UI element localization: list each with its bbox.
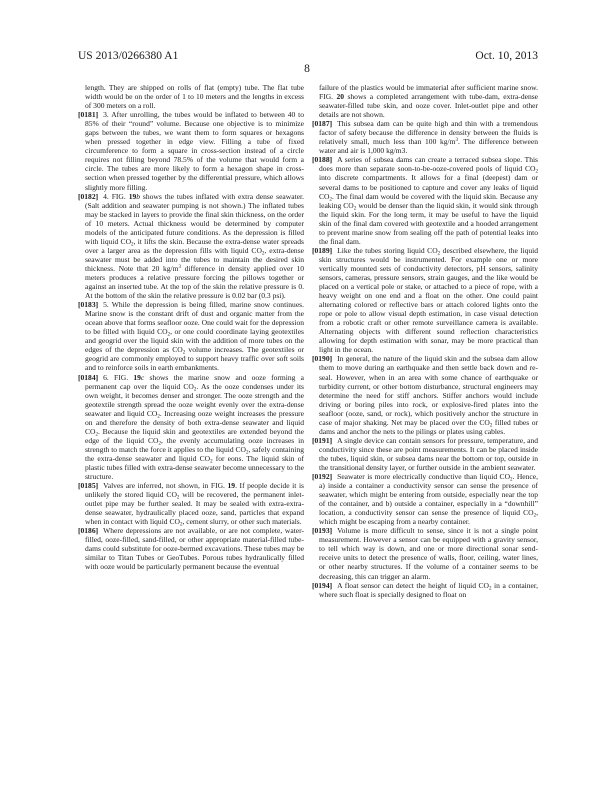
- paragraph-text: 5. While the depression is being filled,…: [85, 300, 304, 372]
- paragraph-0187: [0187]This subsea dam can be quite high …: [312, 119, 538, 155]
- page-number: 8: [0, 63, 614, 75]
- paragraph-0193: [0193]Volume is more difficult to sense,…: [312, 526, 538, 580]
- paragraph-0192: [0192]Seawater is more electrically cond…: [312, 472, 538, 526]
- paragraph-number: [0187]: [312, 119, 332, 128]
- paragraph-0181: [0181]3. After unrolling, the tubes woul…: [78, 110, 304, 191]
- right-column: failure of the plastics would be immater…: [312, 83, 538, 599]
- paragraph-0183: [0183]5. While the depression is being f…: [78, 300, 304, 372]
- paragraph-0186: [0186]Where depressions are not availabl…: [78, 526, 304, 571]
- paragraph-number: [0184]: [78, 373, 98, 382]
- publication-number: US 2013/0266380 A1: [78, 50, 178, 62]
- paragraph-number: [0192]: [312, 472, 332, 481]
- paragraph-text: This subsea dam can be quite high and th…: [319, 119, 538, 155]
- paragraph-number: [0189]: [312, 246, 332, 255]
- paragraph-text: length. They are shipped on rolls of fla…: [85, 83, 304, 110]
- paragraph-text: 3. After unrolling, the tubes would be i…: [85, 110, 304, 191]
- paragraph-text: A single device can contain sensors for …: [319, 436, 538, 472]
- paragraph-number: [0182]: [78, 192, 98, 201]
- paragraph-0188: [0188]A series of subsea dams can create…: [312, 155, 538, 245]
- paragraph-number: [0188]: [312, 155, 332, 164]
- paragraph-continuation: failure of the plastics would be immater…: [312, 83, 538, 119]
- paragraph-text: 6. FIG. 19c shows the marine snow and oo…: [85, 373, 304, 482]
- paragraph-number: [0191]: [312, 436, 332, 445]
- paragraph-0182: [0182]4. FIG. 19b shows the tubes inflat…: [78, 192, 304, 301]
- paragraph-number: [0183]: [78, 300, 98, 309]
- paragraph-0184: [0184]6. FIG. 19c shows the marine snow …: [78, 373, 304, 482]
- paragraph-number: [0181]: [78, 110, 98, 119]
- paragraph-0191: [0191]A single device can contain sensor…: [312, 436, 538, 472]
- paragraph-text: 4. FIG. 19b shows the tubes inflated wit…: [85, 192, 304, 301]
- paragraph-number: [0186]: [78, 526, 98, 535]
- paragraph-0190: [0190]In general, the nature of the liqu…: [312, 354, 538, 435]
- paragraph-text: Valves are inferred, not shown, in FIG. …: [85, 481, 304, 526]
- paragraph-text: Where depressions are not available, or …: [85, 526, 304, 571]
- paragraph-text: failure of the plastics would be immater…: [319, 83, 538, 119]
- paragraph-text: A float sensor can detect the height of …: [319, 581, 538, 599]
- paragraph-text: A series of subsea dams can create a ter…: [319, 155, 538, 245]
- paragraph-0194: [0194]A float sensor can detect the heig…: [312, 581, 538, 599]
- paragraph-0189: [0189]Like the tubes storing liquid CO2 …: [312, 246, 538, 355]
- paragraph-continuation: length. They are shipped on rolls of fla…: [78, 83, 304, 110]
- paragraph-text: In general, the nature of the liquid ski…: [319, 354, 538, 435]
- paragraph-number: [0194]: [312, 581, 332, 590]
- paragraph-number: [0190]: [312, 354, 332, 363]
- publication-date: Oct. 10, 2013: [475, 50, 538, 62]
- paragraph-number: [0193]: [312, 526, 332, 535]
- paragraph-0185: [0185]Valves are inferred, not shown, in…: [78, 481, 304, 526]
- paragraph-text: Like the tubes storing liquid CO2 descri…: [319, 246, 538, 355]
- paragraph-text: Seawater is more electrically conductive…: [319, 472, 538, 526]
- paragraph-text: Volume is more difficult to sense, since…: [319, 526, 538, 580]
- left-column: length. They are shipped on rolls of fla…: [78, 83, 304, 572]
- paragraph-number: [0185]: [78, 481, 98, 490]
